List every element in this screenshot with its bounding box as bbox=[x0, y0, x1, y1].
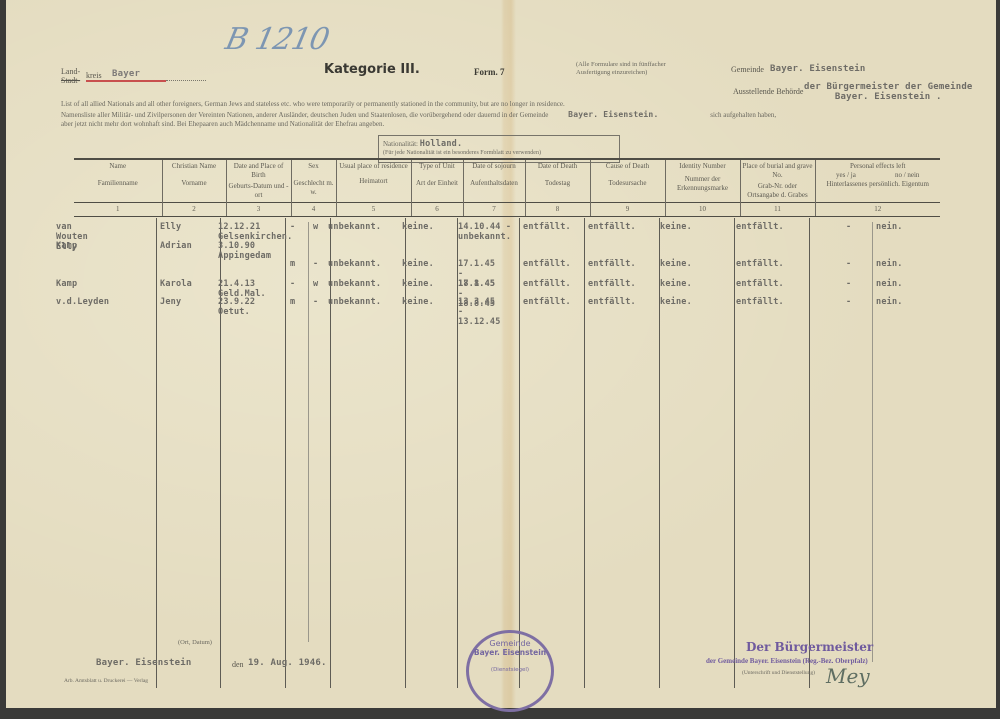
col-header-7: Date of sojournAufenthaltsdaten bbox=[463, 159, 525, 203]
landkreis-label: Land- Stadt- bbox=[61, 67, 80, 85]
archive-number-handwritten: B 1210 bbox=[222, 22, 331, 57]
handwritten-signature: Mey bbox=[826, 664, 870, 688]
form-note: (Alle Formulare sind in fünffacher Ausfe… bbox=[576, 61, 666, 77]
nationality-value: Holland. bbox=[420, 139, 463, 149]
column-rule bbox=[285, 218, 286, 688]
document-page: B 1210 Land- Stadt- kreis Bayer Kategori… bbox=[6, 0, 996, 708]
col-header-6: Type of UnitArt der Einheit bbox=[411, 159, 463, 203]
landkreis-value: Bayer bbox=[112, 69, 140, 79]
col-num-9: 9 bbox=[590, 203, 665, 217]
column-rule bbox=[308, 222, 309, 642]
kreis-label: kreis bbox=[86, 71, 102, 80]
column-rule bbox=[156, 218, 157, 688]
col-num-1: 1 bbox=[74, 203, 162, 217]
mayor-title-stamp: Der Bürgermeister bbox=[746, 640, 873, 654]
footer-date: 19. Aug. 1946. bbox=[248, 658, 327, 668]
footer-place: Bayer. Eisenstein bbox=[96, 658, 192, 668]
col-header-4: SexGeschlecht m. w. bbox=[291, 159, 336, 203]
behoerde-value: der Bürgermeister der Gemeinde Bayer. Ei… bbox=[804, 82, 973, 102]
col-header-3: Date and Place of BirthGeburts-Datum und… bbox=[226, 159, 291, 203]
col-num-7: 7 bbox=[463, 203, 525, 217]
col-num-2: 2 bbox=[162, 203, 226, 217]
col-num-4: 4 bbox=[291, 203, 336, 217]
red-underline bbox=[86, 80, 166, 82]
col-num-5: 5 bbox=[336, 203, 411, 217]
official-seal-stamp: Gemeinde Bayer. Eisenstein (Dienstsiegel… bbox=[466, 630, 554, 712]
col-header-1: NameFamilienname bbox=[74, 159, 162, 203]
col-header-11: Place of burial and grave No.Grab-Nr. od… bbox=[740, 159, 815, 203]
col-num-3: 3 bbox=[226, 203, 291, 217]
intro-text: List of all allied Nationals and all oth… bbox=[61, 100, 961, 130]
col-num-12: 12 bbox=[815, 203, 940, 217]
column-rule bbox=[809, 218, 810, 688]
col-num-8: 8 bbox=[525, 203, 590, 217]
gemeinde-value: Bayer. Eisenstein bbox=[770, 64, 866, 74]
date-prefix: den bbox=[232, 660, 244, 669]
ort-datum-label: (Ort, Datum) bbox=[178, 639, 212, 646]
form-number: Form. 7 bbox=[474, 67, 505, 77]
column-rule bbox=[519, 218, 520, 688]
col-header-10: Identity NumberNummer der Erkennungsmark… bbox=[665, 159, 740, 203]
column-rule bbox=[584, 218, 585, 688]
col-num-10: 10 bbox=[665, 203, 740, 217]
col-header-2: Christian NameVorname bbox=[162, 159, 226, 203]
col-header-9: Cause of DeathTodesursache bbox=[590, 159, 665, 203]
col-header-8: Date of DeathTodestag bbox=[525, 159, 590, 203]
intro-gemeinde-value: Bayer. Eisenstein. bbox=[568, 110, 658, 119]
gemeinde-label: Gemeinde bbox=[731, 65, 764, 74]
col-num-11: 11 bbox=[740, 203, 815, 217]
column-rule bbox=[734, 218, 735, 688]
behoerde-label: Ausstellende Behörde bbox=[733, 87, 803, 96]
printer-note: Arb. Amtsblatt u. Druckerei — Verlag bbox=[64, 678, 148, 684]
col-header-12: Personal effects leftyes / jano / neinHi… bbox=[815, 159, 940, 203]
column-rule bbox=[872, 222, 873, 662]
register-table-header: NameFamilienname Christian NameVorname D… bbox=[74, 158, 940, 217]
col-header-5: Usual place of residenceHeimatort bbox=[336, 159, 411, 203]
signature-label: (Unterschrift und Dienststellung) bbox=[742, 670, 815, 676]
col-num-6: 6 bbox=[411, 203, 463, 217]
landkreis-dotline bbox=[166, 80, 206, 81]
form-title: Kategorie III. bbox=[324, 62, 420, 77]
